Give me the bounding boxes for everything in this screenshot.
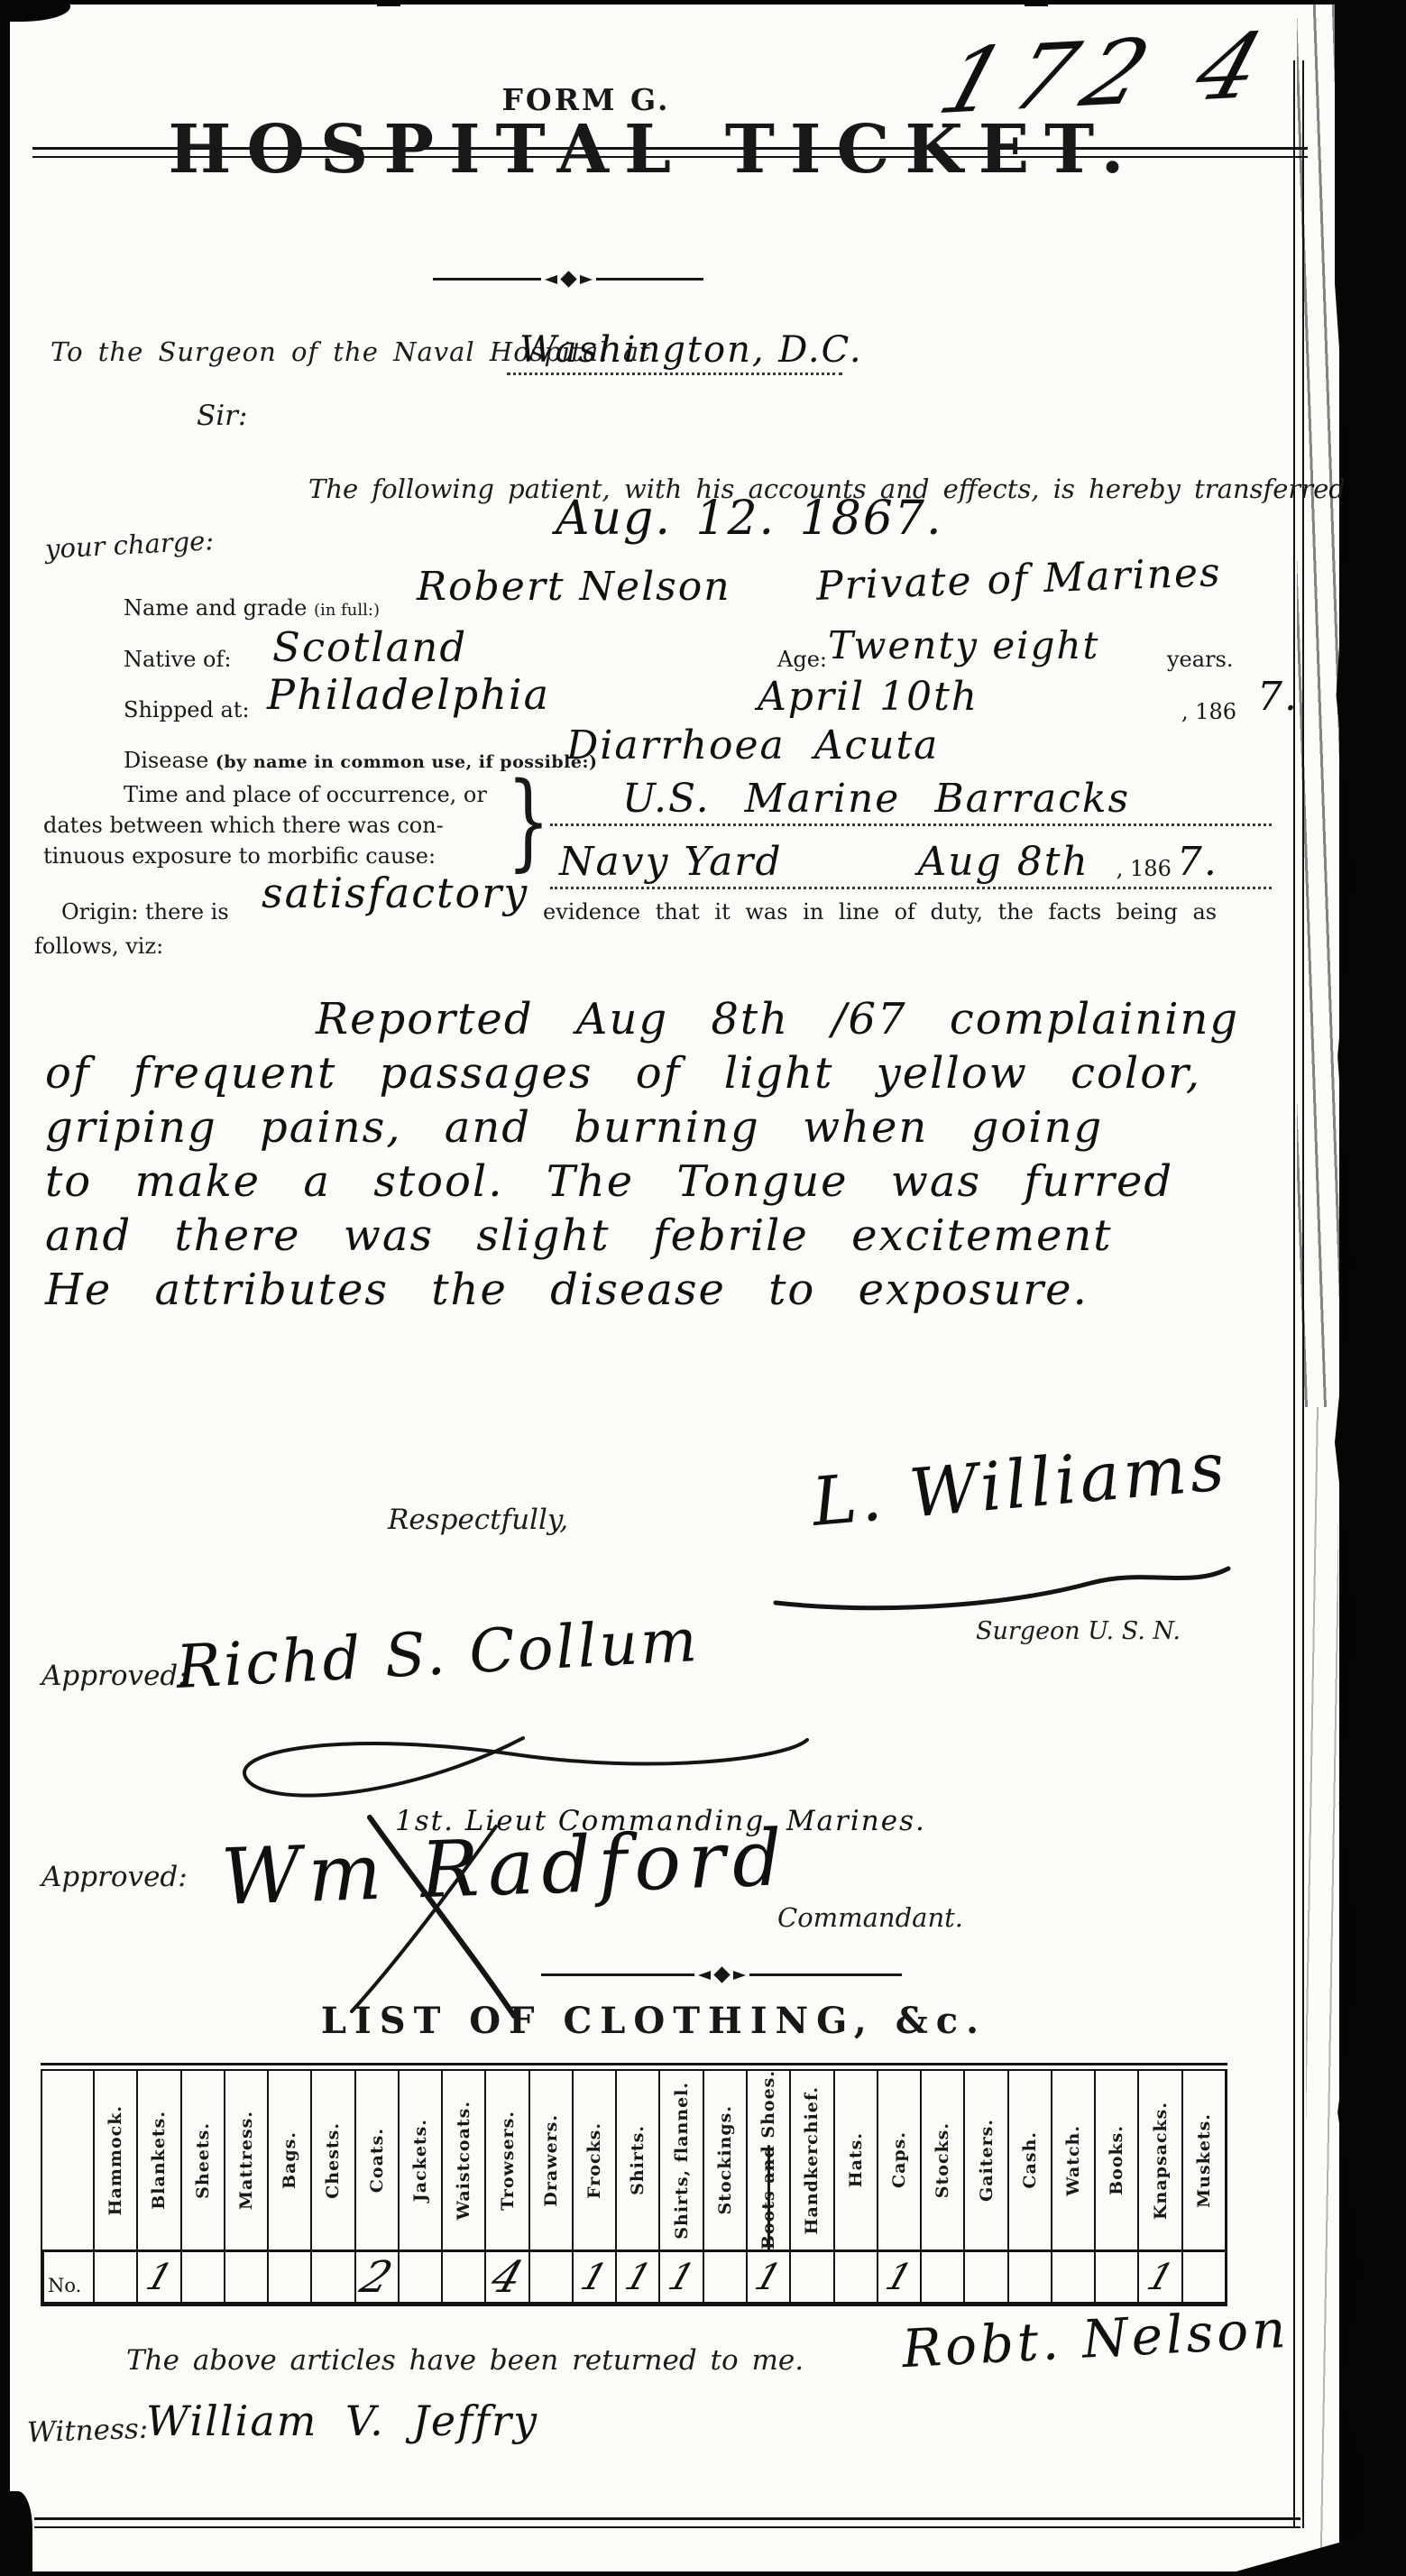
clothing-value-cell-books bbox=[1094, 2249, 1137, 2302]
clothing-column-header: Books. bbox=[1094, 2071, 1137, 2249]
clothing-column-header: Stockings. bbox=[703, 2071, 746, 2249]
witness-signature-handwritten: William V. Jeffry bbox=[146, 2397, 538, 2445]
age-handwritten: Twenty eight bbox=[828, 623, 1099, 667]
clothing-column-header: Shirts, flannel. bbox=[658, 2071, 702, 2249]
document-page: FORM G. 172 4 HOSPITAL TICKET. To the Su… bbox=[9, 5, 1339, 2571]
name-grade-label: Name and grade (in full:) bbox=[124, 595, 380, 621]
clothing-column-header: Handkerchief. bbox=[789, 2071, 832, 2249]
clothing-value-cell-waistcoats bbox=[441, 2249, 484, 2302]
name-grade-label-text: Name and grade bbox=[124, 595, 307, 621]
occurrence-label-line1: Time and place of occurrence, or bbox=[124, 782, 487, 807]
clothing-value-cell-watch bbox=[1051, 2249, 1094, 2302]
clothing-value-cell-shirts-flannel: 1 bbox=[658, 2249, 702, 2302]
clothing-value-cell-coats: 2 bbox=[354, 2249, 398, 2302]
clothing-value-cell-caps: 1 bbox=[877, 2249, 920, 2302]
clothing-value-cell-hats bbox=[833, 2249, 877, 2302]
narrative-line: of frequent passages of light yellow col… bbox=[45, 1046, 1299, 1100]
clothing-value-cell-stocks bbox=[920, 2249, 963, 2302]
approved-label-1: Approved: bbox=[41, 1660, 188, 1692]
ornament-divider-bottom bbox=[541, 1969, 902, 1981]
clothing-column-header: Cash. bbox=[1007, 2071, 1051, 2249]
scan-speck-top-2 bbox=[1025, 0, 1048, 6]
occurrence-value1-handwritten: U.S. Marine Barracks bbox=[550, 776, 1130, 823]
clothing-column-header: Jackets. bbox=[398, 2071, 441, 2249]
clothing-value-cell-handkerchief bbox=[789, 2249, 832, 2302]
witness-label: Witness: bbox=[26, 2413, 148, 2450]
clothing-column-header: Chests. bbox=[310, 2071, 354, 2249]
clothing-column-header: Hammock. bbox=[93, 2071, 136, 2249]
name-grade-label-paren: (in full:) bbox=[314, 601, 380, 620]
clothing-column-header: Stocks. bbox=[920, 2071, 963, 2249]
salutation-fill-line: Washington, D.C. bbox=[507, 309, 842, 375]
respectfully-label: Respectfully, bbox=[388, 1504, 568, 1536]
approver-title-2: Commandant. bbox=[777, 1902, 963, 1933]
clothing-value-cell-stockings bbox=[703, 2249, 746, 2302]
intro-line2: your charge: bbox=[44, 525, 215, 565]
shipped-at-label: Shipped at: bbox=[124, 697, 250, 722]
clothing-value-cell-shirts: 1 bbox=[615, 2249, 658, 2302]
surgeon-signature: L. Williams bbox=[809, 1428, 1231, 1541]
clothing-column-header: Waistcoats. bbox=[441, 2071, 484, 2249]
clothing-value-cell-blankets: 1 bbox=[136, 2249, 179, 2302]
native-of-handwritten: Scotland bbox=[272, 623, 467, 671]
clothing-value-cell-bags bbox=[267, 2249, 310, 2302]
occurrence-label-line2: dates between which there was con- bbox=[43, 813, 444, 838]
shipped-at-handwritten: Philadelphia bbox=[267, 670, 550, 719]
clothing-column-header: Caps. bbox=[877, 2071, 920, 2249]
ornament-divider-top bbox=[433, 273, 703, 285]
occurrence-fill-line1: U.S. Marine Barracks bbox=[550, 764, 1272, 826]
clothing-value-cell-cash bbox=[1007, 2249, 1051, 2302]
narrative-line: Reported Aug 8th /67 complaining bbox=[45, 992, 1299, 1046]
sir-label: Sir: bbox=[197, 400, 247, 432]
clothing-row-label: No. bbox=[42, 2249, 93, 2302]
scan-binding-streaks-upper bbox=[1297, 0, 1340, 1407]
frame-bottom-rule bbox=[34, 2517, 1300, 2528]
narrative-line: to make a stool. The Tongue was furred bbox=[45, 1155, 1299, 1209]
scan-speck-top-1 bbox=[377, 0, 400, 6]
patient-return-signature: Robt. Nelson bbox=[901, 2298, 1291, 2379]
approver-signature-1-flourish bbox=[225, 1727, 821, 1817]
patient-name-handwritten: Robert Nelson bbox=[417, 564, 731, 610]
clothing-column-header: Boots and Shoes. bbox=[746, 2071, 789, 2249]
clothing-value-cell-jackets bbox=[398, 2249, 441, 2302]
clothing-column-header: Frocks. bbox=[572, 2071, 615, 2249]
clothing-value-cell-hammock bbox=[93, 2249, 136, 2302]
age-label: Age: bbox=[777, 647, 827, 672]
shipped-year-printed: , 186 bbox=[1181, 699, 1236, 724]
origin-prefix: Origin: there is bbox=[61, 899, 229, 925]
shipped-year-digit-handwritten: 7. bbox=[1257, 674, 1299, 720]
clothing-value-cell-muskets bbox=[1181, 2249, 1225, 2302]
origin-handwritten: satisfactory bbox=[262, 869, 528, 917]
native-of-label: Native of: bbox=[124, 647, 231, 672]
clinical-narrative-handwritten: Reported Aug 8th /67 complaining of freq… bbox=[45, 992, 1299, 1317]
shipped-date-handwritten: April 10th bbox=[758, 674, 979, 720]
scan-binding-streaks-lower bbox=[1306, 1407, 1338, 2576]
clothing-heading: LIST OF CLOTHING, &c. bbox=[27, 2000, 1281, 2042]
disease-handwritten: Diarrhoea Acuta bbox=[566, 722, 939, 768]
clothing-column-header: Gaiters. bbox=[963, 2071, 1006, 2249]
clothing-corner-cell bbox=[42, 2071, 93, 2249]
occurrence-value2a-handwritten: Navy Yard bbox=[550, 839, 783, 887]
patient-grade-handwritten: Private of Marines bbox=[815, 549, 1222, 610]
origin-suffix-line2: follows, viz: bbox=[34, 934, 163, 959]
clothing-value-cell-gaiters bbox=[963, 2249, 1006, 2302]
age-years-suffix: years. bbox=[1167, 647, 1234, 672]
occurrence-year-digit-handwritten: 7. bbox=[1172, 839, 1218, 887]
clothing-column-header: Hats. bbox=[833, 2071, 877, 2249]
surgeon-signature-flourish bbox=[767, 1558, 1236, 1612]
returned-statement: The above articles have been returned to… bbox=[126, 2344, 804, 2377]
clothing-value-cell-knapsacks: 1 bbox=[1137, 2249, 1181, 2302]
disease-label-text: Disease bbox=[124, 748, 208, 773]
occurrence-year-printed: , 186 bbox=[1089, 856, 1172, 887]
clothing-column-header: Blankets. bbox=[136, 2071, 179, 2249]
approver-signature-2-flourish bbox=[316, 1808, 550, 2025]
clothing-value-cell-trowsers: 4 bbox=[484, 2249, 528, 2302]
scan-edge-left bbox=[0, 0, 10, 2576]
clothing-column-header: Knapsacks. bbox=[1137, 2071, 1181, 2249]
scan-corner-bottom-left bbox=[0, 2491, 32, 2576]
narrative-line: He attributes the disease to exposure. bbox=[45, 1263, 1299, 1317]
clothing-column-header: Bags. bbox=[267, 2071, 310, 2249]
clothing-table: Hammock.Blankets.Sheets.Mattress.Bags.Ch… bbox=[41, 2063, 1227, 2306]
clothing-column-header: Watch. bbox=[1051, 2071, 1094, 2249]
clothing-value-cell-boots-and-shoes: 1 bbox=[746, 2249, 789, 2302]
transfer-date-handwritten: Aug. 12. 1867. bbox=[556, 492, 942, 546]
clothing-column-header: Shirts. bbox=[615, 2071, 658, 2249]
clothing-column-header: Sheets. bbox=[180, 2071, 224, 2249]
approver-signature-1: Richd S. Collum bbox=[174, 1605, 701, 1702]
page-title: HOSPITAL TICKET. bbox=[27, 111, 1281, 189]
narrative-line: and there was slight febrile excitement bbox=[45, 1209, 1299, 1263]
clothing-value-cell-mattress bbox=[224, 2249, 267, 2302]
clothing-column-header: Trowsers. bbox=[484, 2071, 528, 2249]
occurrence-label-line3: tinuous exposure to morbific cause: bbox=[43, 843, 436, 869]
surgeon-title: Surgeon U. S. N. bbox=[976, 1617, 1181, 1645]
clothing-value-cell-sheets bbox=[180, 2249, 224, 2302]
clothing-table-grid: Hammock.Blankets.Sheets.Mattress.Bags.Ch… bbox=[41, 2069, 1227, 2306]
origin-suffix: evidence that it was in line of duty, th… bbox=[543, 899, 1217, 925]
approved-label-2: Approved: bbox=[41, 1861, 188, 1893]
clothing-value-cell-drawers bbox=[528, 2249, 572, 2302]
scan-edge-right-binding bbox=[1335, 0, 1406, 2576]
clothing-value-cell-frocks: 1 bbox=[572, 2249, 615, 2302]
clothing-column-header: Drawers. bbox=[528, 2071, 572, 2249]
clothing-column-header: Coats. bbox=[354, 2071, 398, 2249]
clothing-column-header: Muskets. bbox=[1181, 2071, 1225, 2249]
narrative-line: griping pains, and burning when going bbox=[45, 1100, 1299, 1155]
occurrence-brace: } bbox=[507, 760, 550, 882]
occurrence-fill-line2: Navy Yard Aug 8th , 186 7. bbox=[550, 827, 1272, 889]
clothing-column-header: Mattress. bbox=[224, 2071, 267, 2249]
scanned-hospital-ticket: { "ink": "#141414", "paper": "#fcfbf7", … bbox=[0, 0, 1406, 2576]
clothing-value-cell-chests bbox=[310, 2249, 354, 2302]
occurrence-value2b-handwritten: Aug 8th bbox=[783, 839, 1089, 887]
hospital-location-handwritten: Washington, D.C. bbox=[507, 329, 867, 373]
